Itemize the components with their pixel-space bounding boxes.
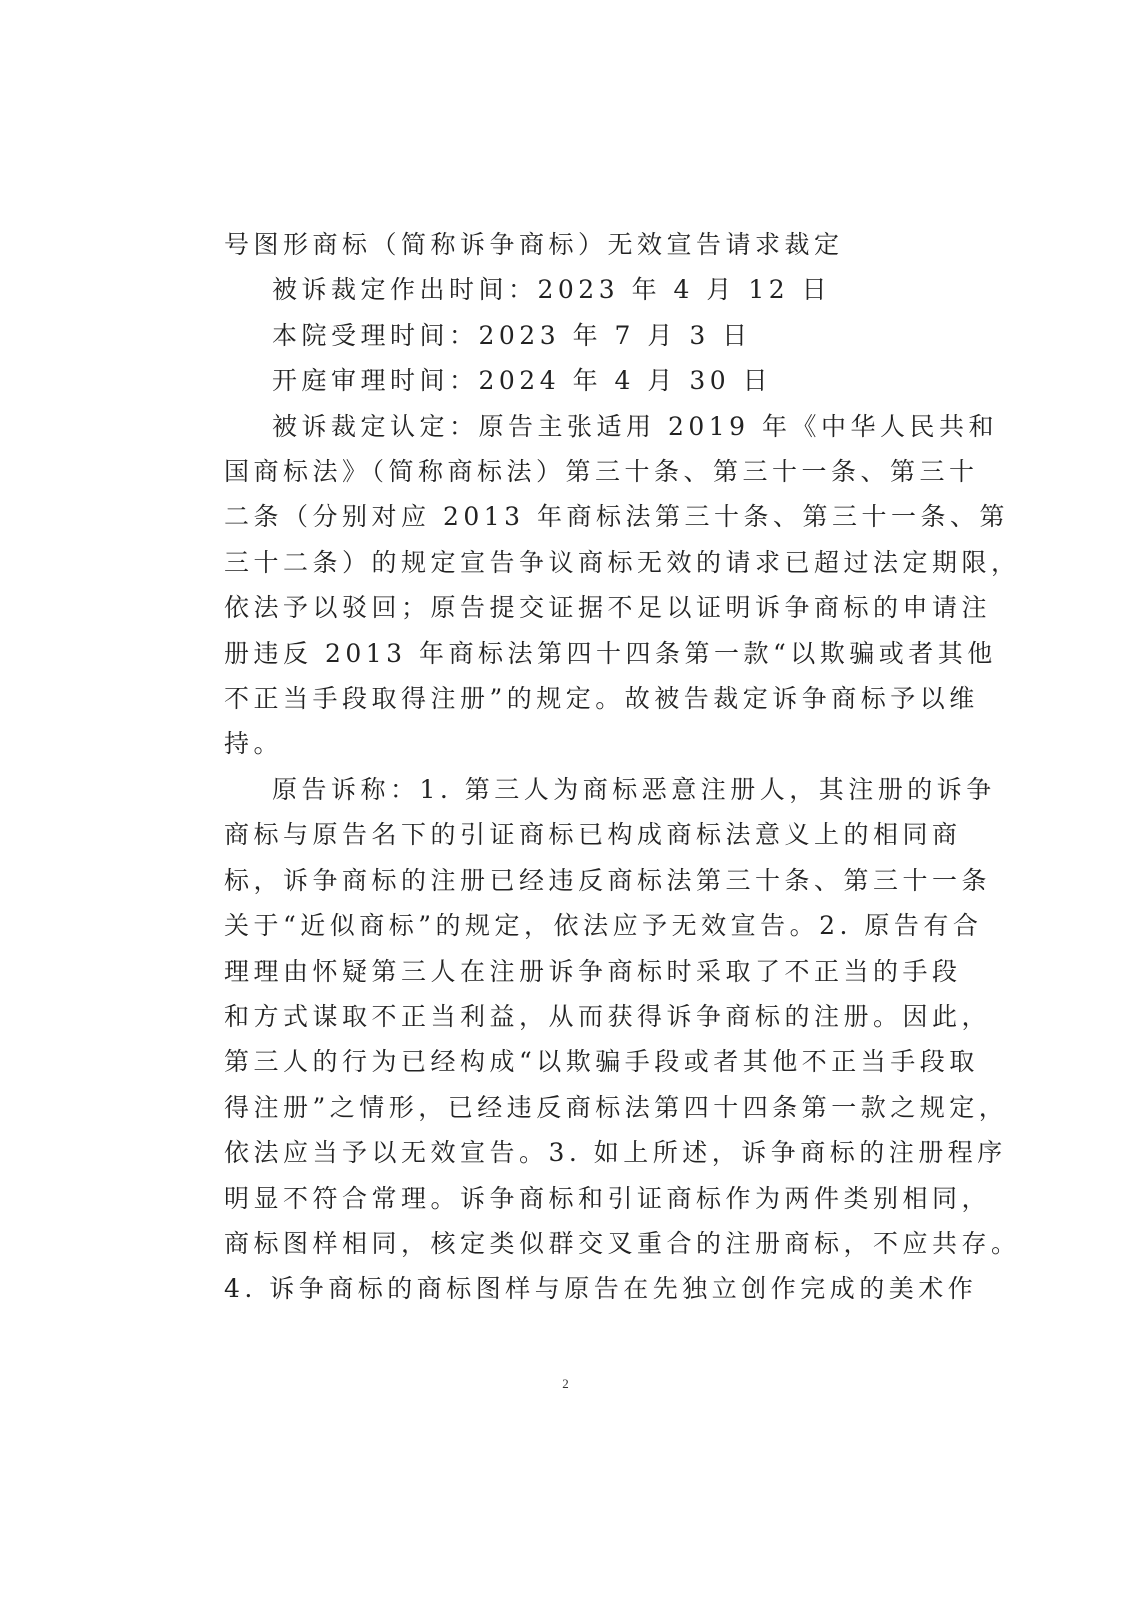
- text-line: 和方式谋取不正当利益，从而获得诉争商标的注册。因此，: [224, 994, 892, 1039]
- text-line: 原告诉称：1. 第三人为商标恶意注册人，其注册的诉争: [224, 767, 892, 812]
- text-line: 明显不符合常理。诉争商标和引证商标作为两件类别相同，: [224, 1176, 892, 1221]
- text-line: 4. 诉争商标的商标图样与原告在先独立创作完成的美术作: [224, 1266, 892, 1311]
- hearing-date-line: 开庭审理时间：2024 年 4 月 30 日: [224, 358, 892, 403]
- text-line: 得注册”之情形，已经违反商标法第四十四条第一款之规定，: [224, 1085, 892, 1130]
- text-line: 商标图样相同，核定类似群交叉重合的注册商标，不应共存。: [224, 1221, 892, 1266]
- decision-date-line: 被诉裁定作出时间：2023 年 4 月 12 日: [224, 267, 892, 312]
- text-line: 不正当手段取得注册”的规定。故被告裁定诉争商标予以维: [224, 676, 892, 721]
- text-line: 号图形商标（简称诉争商标）无效宣告请求裁定: [224, 222, 892, 267]
- text-line: 理理由怀疑第三人在注册诉争商标时采取了不正当的手段: [224, 949, 892, 994]
- text-line: 依法予以驳回；原告提交证据不足以证明诉争商标的申请注: [224, 585, 892, 630]
- text-line: 商标与原告名下的引证商标已构成商标法意义上的相同商: [224, 812, 892, 857]
- text-line: 标，诉争商标的注册已经违反商标法第三十条、第三十一条: [224, 858, 892, 903]
- page-number: 2: [0, 1376, 1131, 1392]
- text-line: 依法应当予以无效宣告。3. 如上所述，诉争商标的注册程序: [224, 1130, 892, 1175]
- text-line: 第三人的行为已经构成“以欺骗手段或者其他不正当手段取: [224, 1039, 892, 1084]
- acceptance-date-line: 本院受理时间：2023 年 7 月 3 日: [224, 313, 892, 358]
- text-line: 二条（分别对应 2013 年商标法第三十条、第三十一条、第: [224, 494, 892, 539]
- text-line: 关于“近似商标”的规定，依法应予无效宣告。2. 原告有合: [224, 903, 892, 948]
- text-line: 被诉裁定认定：原告主张适用 2019 年《中华人民共和: [224, 404, 892, 449]
- document-body: 号图形商标（简称诉争商标）无效宣告请求裁定 被诉裁定作出时间：2023 年 4 …: [224, 222, 892, 1312]
- text-line: 国商标法》（简称商标法）第三十条、第三十一条、第三十: [224, 449, 892, 494]
- text-line: 三十二条）的规定宣告争议商标无效的请求已超过法定期限，: [224, 540, 892, 585]
- text-line: 册违反 2013 年商标法第四十四条第一款“以欺骗或者其他: [224, 631, 892, 676]
- text-line: 持。: [224, 721, 892, 766]
